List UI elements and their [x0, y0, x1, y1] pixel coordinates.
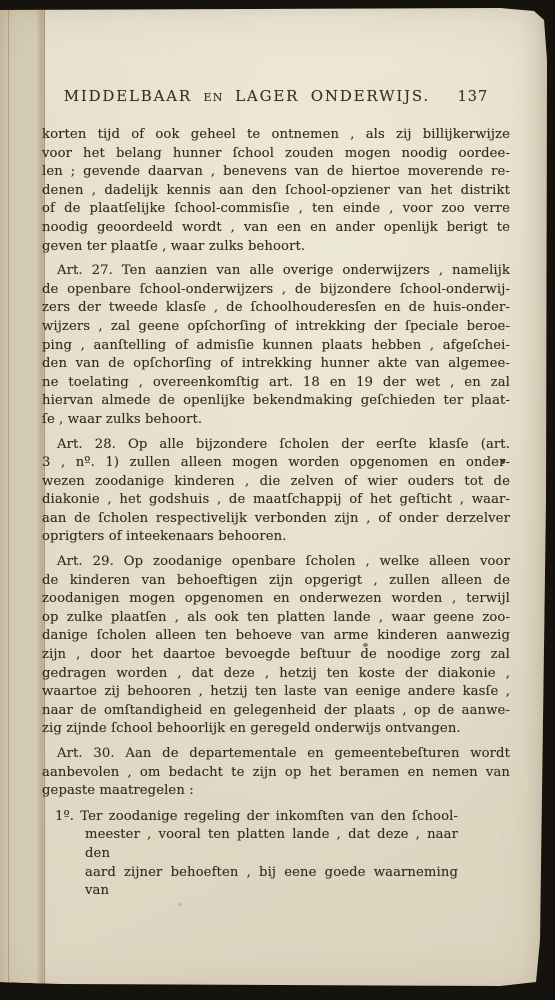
text-line: gedragen worden , dat deze , hetzij ten …: [42, 665, 510, 684]
text-line: korten tijd of ook geheel te ontnemen , …: [42, 126, 510, 145]
text-line: zers der tweede klasſe , de ſchoolhouder…: [42, 299, 510, 318]
text-line: noodig geoordeeld wordt , van een en and…: [42, 219, 510, 238]
text-line: de kinderen van behoeftigen zijn opgerig…: [42, 572, 510, 591]
text-line: oprigters of inteekenaars behooren.: [42, 528, 510, 547]
text-line: Art. 30. Aan de departementale en gemeen…: [42, 745, 510, 764]
page-content: MIDDELBAAR EN LAGER ONDERWIJS. 137 korte…: [42, 86, 510, 901]
text-line: ping , aanſtelling of admisſie kunnen pl…: [42, 337, 510, 356]
text-line: danige ſcholen alleen ten behoeve van ar…: [42, 627, 510, 646]
text-line: ſe , waar zulks behoort.: [42, 411, 510, 430]
header-title-part2: LAGER ONDERWIJS.: [235, 87, 430, 105]
text-line: gepaste maatregelen :: [42, 782, 510, 801]
text-line: op zulke plaatſen , als ook ten platten …: [42, 609, 510, 628]
paper-speck: [178, 903, 182, 906]
text-line: aanbevolen , om bedacht te zijn op het b…: [42, 764, 510, 783]
text-line: 1º. Ter zoodanige regeling der inkomſten…: [55, 808, 458, 827]
text-line: geven ter plaatſe , waar zulks behoort.: [42, 238, 510, 257]
text-line: 3 , nº. 1) zullen alleen mogen worden op…: [42, 454, 510, 473]
paragraph-art-30: Art. 30. Aan de departementale en gemeen…: [42, 745, 510, 801]
text-line: zijn , door het daartoe bevoegde beſtuur…: [42, 646, 510, 665]
text-line: of de plaatſelijke ſchool-commisſie , te…: [42, 200, 510, 219]
text-line: Art. 29. Op zoodanige openbare ſcholen ,…: [42, 553, 510, 572]
text-line: Art. 27. Ten aanzien van alle overige on…: [42, 262, 510, 281]
text-line: len ; gevende daarvan , benevens van de …: [42, 163, 510, 182]
text-line: de openbare ſchool-onderwijzers , de bij…: [42, 281, 510, 300]
text-line: meester , vooral ten platten lande , dat…: [85, 826, 458, 863]
text-line: diakonie , het godshuis , de maatſchappi…: [42, 491, 510, 510]
paragraph-art-28: Art. 28. Op alle bijzondere ſcholen der …: [42, 436, 510, 548]
running-header: MIDDELBAAR EN LAGER ONDERWIJS. 137: [42, 86, 510, 108]
header-title-part1: MIDDELBAAR: [64, 87, 192, 105]
text-line: wijzers , zal geene opſchorſing of intre…: [42, 318, 510, 337]
text-line: zoodanigen mogen opgenomen en onderwezen…: [42, 590, 510, 609]
text-line: wezen zoodanige kinderen , die zelven of…: [42, 473, 510, 492]
text-line: zig zijnde ſchool behoorlijk en geregeld…: [42, 720, 510, 739]
text-line: den van de opſchorſing of intrekking hun…: [42, 355, 510, 374]
text-line: aan de ſcholen respectivelijk verbonden …: [42, 510, 510, 529]
text-line: hiervan almede de openlijke bekendmaking…: [42, 392, 510, 411]
text-line: waartoe zij behooren , hetzij ten laste …: [42, 683, 510, 702]
book-page: MIDDELBAAR EN LAGER ONDERWIJS. 137 korte…: [0, 0, 555, 1000]
text-line: voor het belang hunner ſchool zouden mog…: [42, 145, 510, 164]
body-text: korten tijd of ook geheel te ontnemen , …: [42, 126, 510, 901]
page-number: 137: [458, 89, 489, 105]
list-item-1: 1º. Ter zoodanige regeling der inkomſten…: [85, 808, 458, 901]
text-line: Art. 28. Op alle bijzondere ſcholen der …: [42, 436, 510, 455]
page-gutter-edge: [0, 10, 45, 984]
header-conjunction: EN: [204, 91, 224, 104]
text-line: ne toelating , overeenkomſtig art. 18 en…: [42, 374, 510, 393]
paragraph-art-29: Art. 29. Op zoodanige openbare ſcholen ,…: [42, 553, 510, 739]
text-line: naar de omſtandigheid en gelegenheid der…: [42, 702, 510, 721]
gutter-fold-line: [8, 10, 9, 984]
paragraph-continuation: korten tijd of ook geheel te ontnemen , …: [42, 126, 510, 256]
text-line: denen , dadelijk kennis aan den ſchool-o…: [42, 182, 510, 201]
text-line: aard zijner behoeften , bij eene goede w…: [85, 864, 458, 901]
paragraph-art-27: Art. 27. Ten aanzien van alle overige on…: [42, 262, 510, 429]
